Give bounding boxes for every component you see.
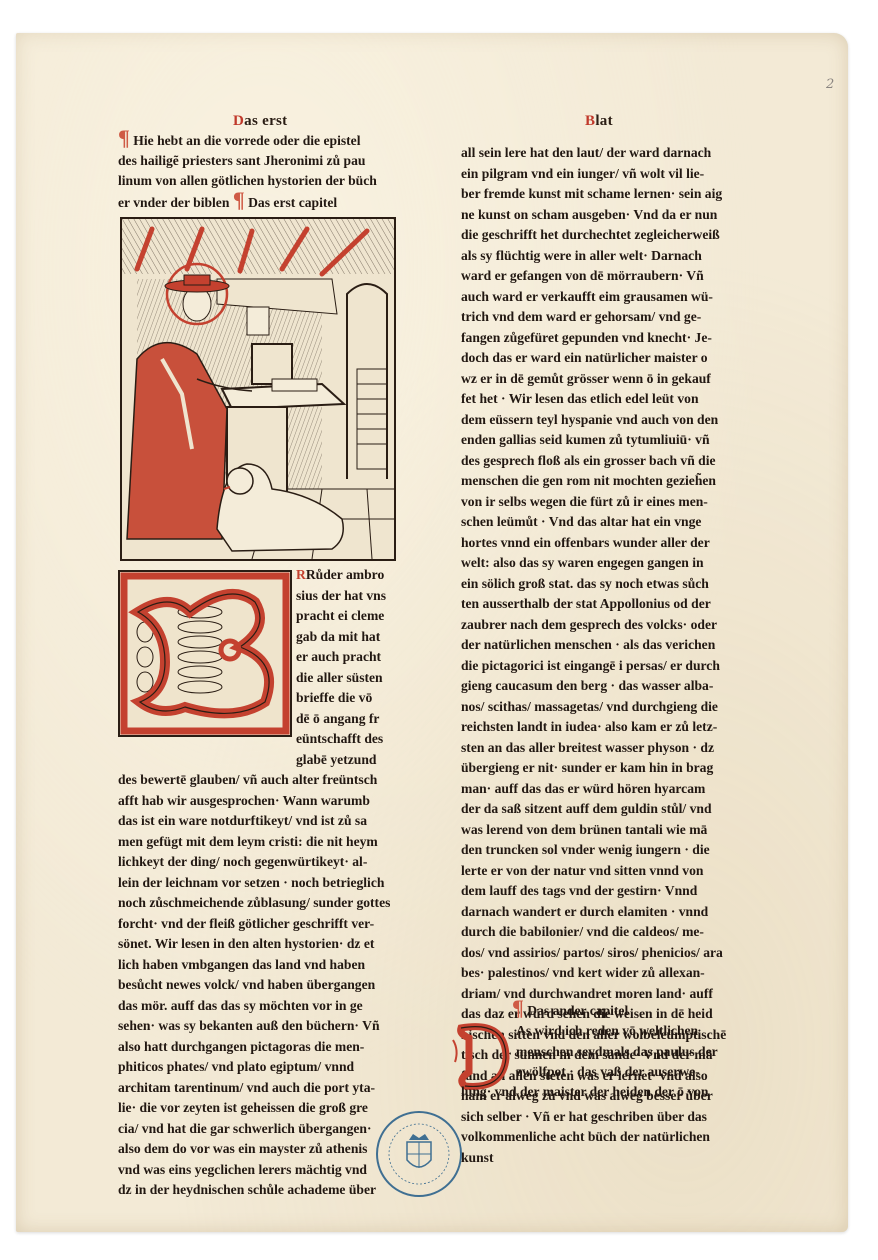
library-stamp-icon <box>373 1108 465 1200</box>
text-line: sius der hat vns <box>296 586 386 607</box>
text-line: zwölfpot · das vaß der auserwe- <box>516 1062 718 1083</box>
text-line: ein pilgram vnd ein iunger/ vñ wolt vil … <box>461 164 726 185</box>
text-line: ne kunst on scham ausgeben· Vnd da er nu… <box>461 205 726 226</box>
text-line: dem lauff des tags vnd der gestirn· Vnnd <box>461 881 726 902</box>
text-line: den truncken sol vnder wenig iungern · d… <box>461 840 726 861</box>
woodcut-illustration-icon <box>122 219 394 559</box>
text-line: ber fremde kunst mit schame lernen· sein… <box>461 184 726 205</box>
text-line: afft hab wir ausgesprochen· Wann warumb <box>118 791 390 812</box>
text-line: dz in der heydnischen schůle achademe üb… <box>118 1180 390 1201</box>
paragraph-mark-icon: ¶ <box>233 192 245 212</box>
text-line: dem eüssern teyl hyspanie vnd auch von d… <box>461 410 726 431</box>
text-line: als sy flüchtig were in aller welt· Darn… <box>461 246 726 267</box>
ornamental-letter-b-icon <box>120 572 290 735</box>
text-line: was lerend von dem brünen tantali wie mā <box>461 820 726 841</box>
text-line: menschen seydmals das paulus der <box>516 1042 718 1063</box>
text-line: ten ausserthalb der stat Appollonius od … <box>461 594 726 615</box>
text-line: wz er in dē gemůt grösser wenn ō in geka… <box>461 369 726 390</box>
text-line: gieng caucasum den berg · das wasser alb… <box>461 676 726 697</box>
text-line: die aller süsten <box>296 668 386 689</box>
text-line: lerte er von der natur vnd sitten vnnd v… <box>461 861 726 882</box>
text-line: architam tarentinum/ vnd auch die port y… <box>118 1078 390 1099</box>
text-line: sich selber · Vñ er hat geschriben über … <box>461 1107 726 1128</box>
text-line: auch ward er verkaufft eim grausamen wü- <box>461 287 726 308</box>
left-heading: ¶ Hie hebt an die vorrede oder die epist… <box>118 130 377 212</box>
running-head-right-text: lat <box>595 113 613 129</box>
text-line: men gefügt mit dem leym cristi: die nit … <box>118 832 390 853</box>
running-head-left: Das erst <box>233 113 287 130</box>
chapter-two-heading-block: ¶ Das ander capitel <box>512 1000 628 1021</box>
text-line: pracht ei cleme <box>296 606 386 627</box>
folio-number: 2 <box>826 77 834 92</box>
text-line: lich haben vmbgangen das land vnd haben <box>118 955 390 976</box>
text-line: sehen· was sy bekanten auß den büchern· … <box>118 1016 390 1037</box>
text-line: des bewertē glauben/ vñ auch alter freün… <box>118 770 390 791</box>
initial-side-text: RRůder ambro sius der hat vns pracht ei … <box>296 565 386 770</box>
text-line: sönet. Wir lesen in den alten hystorien·… <box>118 934 390 955</box>
text-line: vnd was eins yegclichen lerers mächtig v… <box>118 1160 390 1181</box>
text-line: forcht· vnd der fleiß götlicher geschrif… <box>118 914 390 935</box>
running-head-left-initial: D <box>233 113 244 129</box>
woodcut-saint-jerome <box>120 217 396 561</box>
text-line: das mör. auff das das sy möchten vor in … <box>118 996 390 1017</box>
paragraph-mark-icon: ¶ <box>512 1000 524 1020</box>
text-line: eüntschafft des <box>296 729 386 750</box>
text-line: ein sölich groß stat. das sy noch etwas … <box>461 574 726 595</box>
text-line: lie· die vor zeyten ist geheissen die gr… <box>118 1098 390 1119</box>
text-line: der natürlichen menschen · als das veric… <box>461 635 726 656</box>
text-line: volkommenliche acht büch der natürlichen <box>461 1127 726 1148</box>
text-line: reichsten landt in iudea· also kam er zů… <box>461 717 726 738</box>
heading-line: ¶ Hie hebt an die vorrede oder die epist… <box>118 130 377 151</box>
text-line: er auch pracht <box>296 647 386 668</box>
decorated-initial-b <box>118 570 292 737</box>
text-line: das ist ein ware notdurftikeyt/ vnd ist … <box>118 811 390 832</box>
text-line: noch zůschmeichende zůblasung/ sunder go… <box>118 893 390 914</box>
left-column-body: des bewertē glauben/ vñ auch alter freün… <box>118 770 390 1201</box>
text-line: die pictagorici ist eingangē i persas/ e… <box>461 656 726 677</box>
text-line: As wird ich reden vō weltlichen <box>516 1021 718 1042</box>
text-line: hortes vnnd ein offenbars wunder aller d… <box>461 533 726 554</box>
decorated-initial-d-icon <box>451 1020 511 1090</box>
heading-line: er vnder der biblen ¶ Das erst capitel <box>118 192 377 213</box>
text-line: man· auff das das er würd hören hyarcam <box>461 779 726 800</box>
text-line: glabē yetzund <box>296 750 386 771</box>
text-line: enden gallias seid kumen zů tytumliuiū· … <box>461 430 726 451</box>
text-line: lung· vnd der maister der heiden der ō v… <box>461 1082 709 1103</box>
text-line: der da saß sitzent auff dem guldin stůl/… <box>461 799 726 820</box>
heading-line: linum von allen götlichen hystorien der … <box>118 171 377 192</box>
text-line: sten an das aller breitest wasser physon… <box>461 738 726 759</box>
text-line: besůcht newes volck/ vnd haben übergange… <box>118 975 390 996</box>
text-line: übergieng er nit· sunder er kam hin in b… <box>461 758 726 779</box>
text-line: also dem do vor was ein mayster zů athen… <box>118 1139 390 1160</box>
text-line: phiticos phates/ vnd plato egiptum/ vnnd <box>118 1057 390 1078</box>
running-head-right: Blat <box>585 113 613 130</box>
text-line: gab da mit hat <box>296 627 386 648</box>
text-line: lichkeyt der ding/ noch gegenwürtikeyt· … <box>118 852 390 873</box>
text-line: fangen zůgefüret gepunden vnd knecht· Je… <box>461 328 726 349</box>
text-line: RRůder ambro <box>296 565 386 586</box>
chapter-heading: Das erst capitel <box>248 195 337 210</box>
running-head-right-initial: B <box>585 113 595 129</box>
running-head-left-text: as erst <box>244 113 287 129</box>
text-line: von ir selbs wegen die fürt zů ir eines … <box>461 492 726 513</box>
text-line: ward er gefangen von dē mörraubern· Vñ <box>461 266 726 287</box>
text-line: darnach wandert er durch elamiten · vnnd <box>461 902 726 923</box>
heading-line: des hailigẽ priesters sant Jheronimi zů … <box>118 151 377 172</box>
text-line: brieffe die vō <box>296 688 386 709</box>
chapter-two-text: As wird ich reden vō weltlichen menschen… <box>516 1021 718 1083</box>
text-line: des gesprech floß als ein grosser bach v… <box>461 451 726 472</box>
text-line: kunst <box>461 1148 726 1169</box>
text-line: schen leümůt · Vnd das altar hat ein vng… <box>461 512 726 533</box>
text-line: menschen die gen rom nit mochten gezieh̃… <box>461 471 726 492</box>
text-line: doch das er ward ein natürlicher maister… <box>461 348 726 369</box>
text-line: durch die babilonier/ vnd die caldeos/ m… <box>461 922 726 943</box>
text-line: also hatt durchgangen pictagoras die men… <box>118 1037 390 1058</box>
text-line: dos/ vnd assirios/ partos/ siros/ phenic… <box>461 943 726 964</box>
text-line: lein der leichnam vor setzen · noch betr… <box>118 873 390 894</box>
text-line: welt: also das sy waren engegen gangen i… <box>461 553 726 574</box>
text-line: trich vnd dem ward er gehorsam/ vnd ge- <box>461 307 726 328</box>
text-line: zaubrer nach dem gesprech des volcks· od… <box>461 615 726 636</box>
text-line: cia/ vnd hat die gar schwerlich übergang… <box>118 1119 390 1140</box>
text-line: dē ō angang fr <box>296 709 386 730</box>
text-line: all sein lere hat den laut/ der ward dar… <box>461 143 726 164</box>
text-line: bes· palestinos/ vnd kert wider zů allex… <box>461 963 726 984</box>
chapter-heading: ¶ Das ander capitel <box>512 1000 628 1021</box>
text-line: die geschrifft het durchechtet zegleiche… <box>461 225 726 246</box>
text-line: nos/ scithas/ massagetas/ vnd durchgieng… <box>461 697 726 718</box>
text-line: fet het · Wir lesen das etlich edel leüt… <box>461 389 726 410</box>
chapter-two-text-last: lung· vnd der maister der heiden der ō v… <box>461 1082 709 1103</box>
paragraph-mark-icon: ¶ <box>118 130 130 150</box>
